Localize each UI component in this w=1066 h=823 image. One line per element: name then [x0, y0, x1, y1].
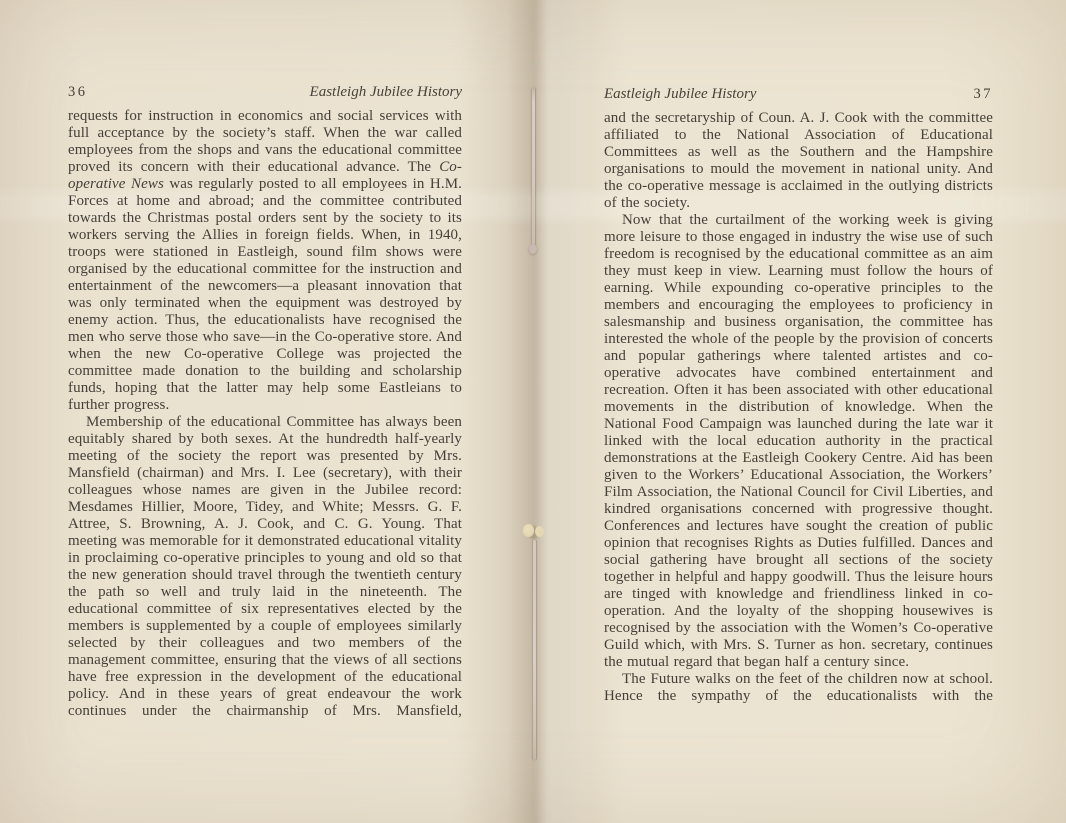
paragraph: The Future walks on the feet of the chil…: [604, 671, 993, 705]
binding-knot: [523, 524, 534, 537]
binding-thread-end-knot: [529, 244, 537, 254]
running-title-right: Eastleigh Jubilee History: [604, 86, 756, 103]
paragraph: requests for instruction in economics an…: [68, 108, 462, 414]
binding-thread-bottom: [533, 540, 536, 760]
page-number-right: 37: [974, 86, 994, 103]
running-head-right: Eastleigh Jubilee History 37: [604, 86, 993, 103]
page-body-right: and the secretaryship of Coun. A. J. Coo…: [604, 110, 993, 705]
paragraph: Membership of the educational Committee …: [68, 414, 462, 720]
page-right: Eastleigh Jubilee History 37 and the sec…: [604, 86, 993, 705]
page-number-left: 36: [68, 84, 88, 101]
paragraph: and the secretaryship of Coun. A. J. Coo…: [604, 110, 993, 212]
running-head-left: 36 Eastleigh Jubilee History: [68, 84, 462, 101]
page-left: 36 Eastleigh Jubilee History requests fo…: [68, 84, 462, 720]
running-title-left: Eastleigh Jubilee History: [310, 84, 462, 101]
book-spread-scan: 36 Eastleigh Jubilee History requests fo…: [0, 0, 1066, 823]
paragraph: Now that the curtailment of the working …: [604, 212, 993, 671]
binding-thread-top: [532, 88, 535, 250]
page-body-left: requests for instruction in economics an…: [68, 108, 462, 720]
